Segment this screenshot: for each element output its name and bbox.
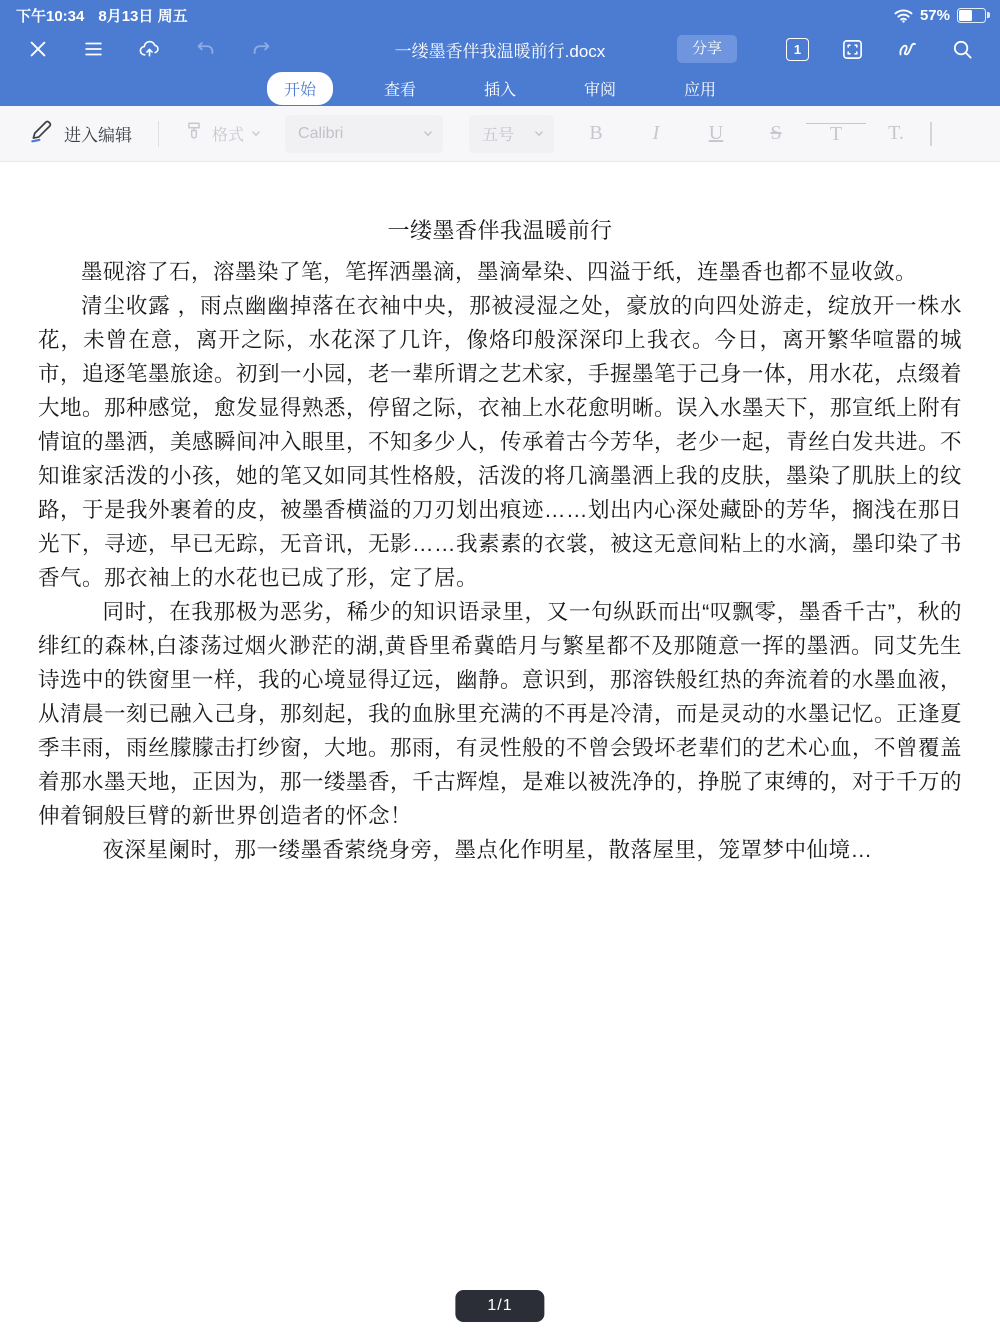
subscript-button[interactable]: T. [866, 122, 926, 145]
paragraph-1: 墨砚溶了石，溶墨染了笔，笔挥洒墨滴，墨滴晕染、四溢于纸，连墨香也都不显收敛。 [38, 255, 962, 289]
ink-pen-icon[interactable] [895, 37, 920, 62]
wifi-icon [894, 8, 913, 23]
format-label: 格式 [212, 122, 244, 145]
chevron-down-icon [534, 130, 544, 137]
tab-开始[interactable]: 开始 [267, 72, 333, 105]
format-brush-icon [183, 120, 205, 147]
font-name-dropdown[interactable]: Calibri [285, 115, 443, 153]
paragraph-4: 夜深星阑时，那一缕墨香萦绕身旁，墨点化作明星，散落屋里，笼罩梦中仙境… [38, 833, 962, 867]
format-painter-button[interactable]: 格式 [183, 120, 261, 147]
format-toolbar: 进入编辑 格式 Calibri 五号 BIUSTT. [0, 106, 1000, 162]
tab-查看[interactable]: 查看 [367, 72, 433, 105]
document-heading: 一缕墨香伴我温暖前行 [38, 214, 962, 245]
italic-button[interactable]: I [626, 122, 686, 145]
tab-审阅[interactable]: 审阅 [567, 72, 633, 105]
page-indicator: 1/1 [455, 1290, 544, 1322]
fit-screen-icon[interactable] [840, 37, 865, 62]
battery-icon [957, 8, 986, 23]
menu-icon[interactable] [81, 37, 106, 62]
text-style-buttons: BIUSTT. [566, 122, 926, 145]
undo-icon[interactable] [193, 37, 218, 62]
underline-button[interactable]: U [686, 122, 746, 145]
close-icon[interactable] [25, 37, 50, 62]
status-time: 下午10:34 [16, 5, 84, 26]
battery-fill [959, 10, 972, 21]
cloud-upload-icon[interactable] [137, 37, 162, 62]
enter-edit-button[interactable]: 进入编辑 [28, 118, 132, 149]
status-bar: 下午10:34 8月13日 周五 57% [0, 0, 1000, 28]
edit-pencil-icon [28, 118, 54, 149]
toolbar-end-divider [930, 122, 932, 146]
superscript-button[interactable]: T [806, 123, 866, 144]
font-size-dropdown[interactable]: 五号 [469, 115, 554, 153]
paragraph-2: 清尘收露 ，雨点幽幽掉落在衣袖中央，那被浸湿之处，豪放的向四处游走，绽放开一株水… [38, 289, 962, 595]
share-button[interactable]: 分享 [677, 35, 737, 63]
battery-percent: 57% [920, 7, 950, 24]
chevron-down-icon [423, 130, 433, 137]
ribbon-tab-row: 开始查看插入审阅应用 [0, 70, 1000, 106]
tab-插入[interactable]: 插入 [467, 72, 533, 105]
paragraph-3: 同时，在我那极为恶劣，稀少的知识语录里，又一句纵跃而出“叹飘零，墨香千古”，秋的… [38, 595, 962, 833]
document-page[interactable]: 一缕墨香伴我温暖前行 墨砚溶了石，溶墨染了笔，笔挥洒墨滴，墨滴晕染、四溢于纸，连… [0, 162, 1000, 867]
search-icon[interactable] [950, 37, 975, 62]
enter-edit-label: 进入编辑 [64, 121, 132, 146]
toolbar-divider [158, 121, 159, 147]
status-date: 8月13日 周五 [98, 5, 187, 26]
main-toolbar: 一缕墨香伴我温暖前行.docx 分享 1 [0, 28, 1000, 70]
redo-icon[interactable] [249, 37, 274, 62]
page-number-icon[interactable]: 1 [785, 37, 810, 62]
document-body: 墨砚溶了石，溶墨染了笔，笔挥洒墨滴，墨滴晕染、四溢于纸，连墨香也都不显收敛。清尘… [38, 255, 962, 867]
strikethrough-button[interactable]: S [746, 122, 806, 145]
bold-button[interactable]: B [566, 122, 626, 145]
chevron-down-icon [251, 130, 261, 137]
tab-应用[interactable]: 应用 [667, 72, 733, 105]
